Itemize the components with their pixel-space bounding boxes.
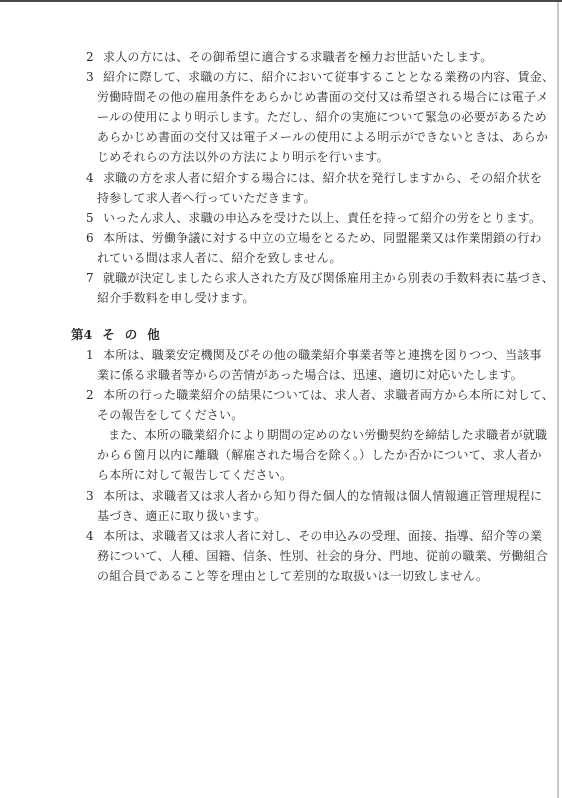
clause-line: ら本所に対して報告してください。 bbox=[97, 465, 292, 485]
clause-item: 3本所は、求職者又は求人者から知り得た個人的な情報は個人情報適正管理規程に bbox=[86, 486, 542, 506]
clause-line: 持参して求人者へ行っていただきます。 bbox=[97, 188, 316, 208]
clause-item: 1本所は、職業安定機関及びその他の職業紹介事業者等と連携を図りつつ、当該事 bbox=[86, 345, 542, 365]
clause-line: その報告をしてください。 bbox=[97, 405, 243, 425]
clause-item: 3紹介に際して、求職の方に、紹介において従事することとなる業務の内容、賃金、 bbox=[86, 67, 554, 87]
clause-line: 業に係る求職者等からの苦情があった場合は、迅速、適切に対応いたします。 bbox=[97, 365, 523, 385]
clause-line: から６箇月以内に離職（解雇された場合を除く。）したか否かについて、求人者か bbox=[97, 445, 542, 465]
clause-line: 紹介手数料を申し受けます。 bbox=[97, 288, 255, 308]
clause-line: あらかじめ書面の交付又は電子メールの使用による明示ができないときは、あらか bbox=[97, 127, 548, 147]
clause-item: 2求人の方には、その御希望に適合する求職者を極力お世話いたします。 bbox=[86, 47, 492, 67]
clause-line: 労働時間その他の雇用条件をあらかじめ書面の交付又は希望される場合には電子メ bbox=[97, 87, 548, 107]
document-page: 2求人の方には、その御希望に適合する求職者を極力お世話いたします。 3紹介に際し… bbox=[0, 0, 562, 798]
clause-line: ールの使用により明示します。ただし、紹介の実施について緊急の必要があるため bbox=[97, 107, 547, 127]
clause-line: じめそれらの方法以外の方法により明示を行います。 bbox=[97, 147, 389, 167]
clause-item: 7就職が決定しましたら求人された方及び関係雇用主から別表の手数料表に基づき、 bbox=[86, 268, 554, 288]
clause-line: 基づき、適正に取り扱います。 bbox=[97, 506, 266, 526]
section-heading: 第4その他 bbox=[71, 325, 160, 345]
clause-line: れている間は求人者に、紹介を致しません。 bbox=[97, 248, 342, 268]
clause-item: 4本所は、求職者又は求人者に対し、その申込みの受理、面接、指導、紹介等の業 bbox=[86, 526, 542, 546]
clause-item: 5いったん求人、求職の申込みを受けた以上、責任を持って紹介の労をとります。 bbox=[86, 208, 541, 228]
clause-line: 務について、人種、国籍、信条、性別、社会的身分、門地、従前の職業、労働組合 bbox=[97, 546, 548, 566]
clause-item: 4求職の方を求人者に紹介する場合には、紹介状を発行しますから、その紹介状を bbox=[86, 168, 542, 188]
clause-line: また、本所の職業紹介により期間の定めのない労働契約を締結した求職者が就職 bbox=[108, 425, 547, 445]
clause-line: の組合員であること等を理由として差別的な取扱いは一切致しません。 bbox=[97, 566, 488, 586]
clause-item: 2本所の行った職業紹介の結果については、求人者、求職者両方から本所に対して、 bbox=[86, 385, 554, 405]
clause-item: 6本所は、労働争議に対する中立の立場をとるため、同盟罷業又は作業閉鎖の行わ bbox=[86, 228, 542, 248]
